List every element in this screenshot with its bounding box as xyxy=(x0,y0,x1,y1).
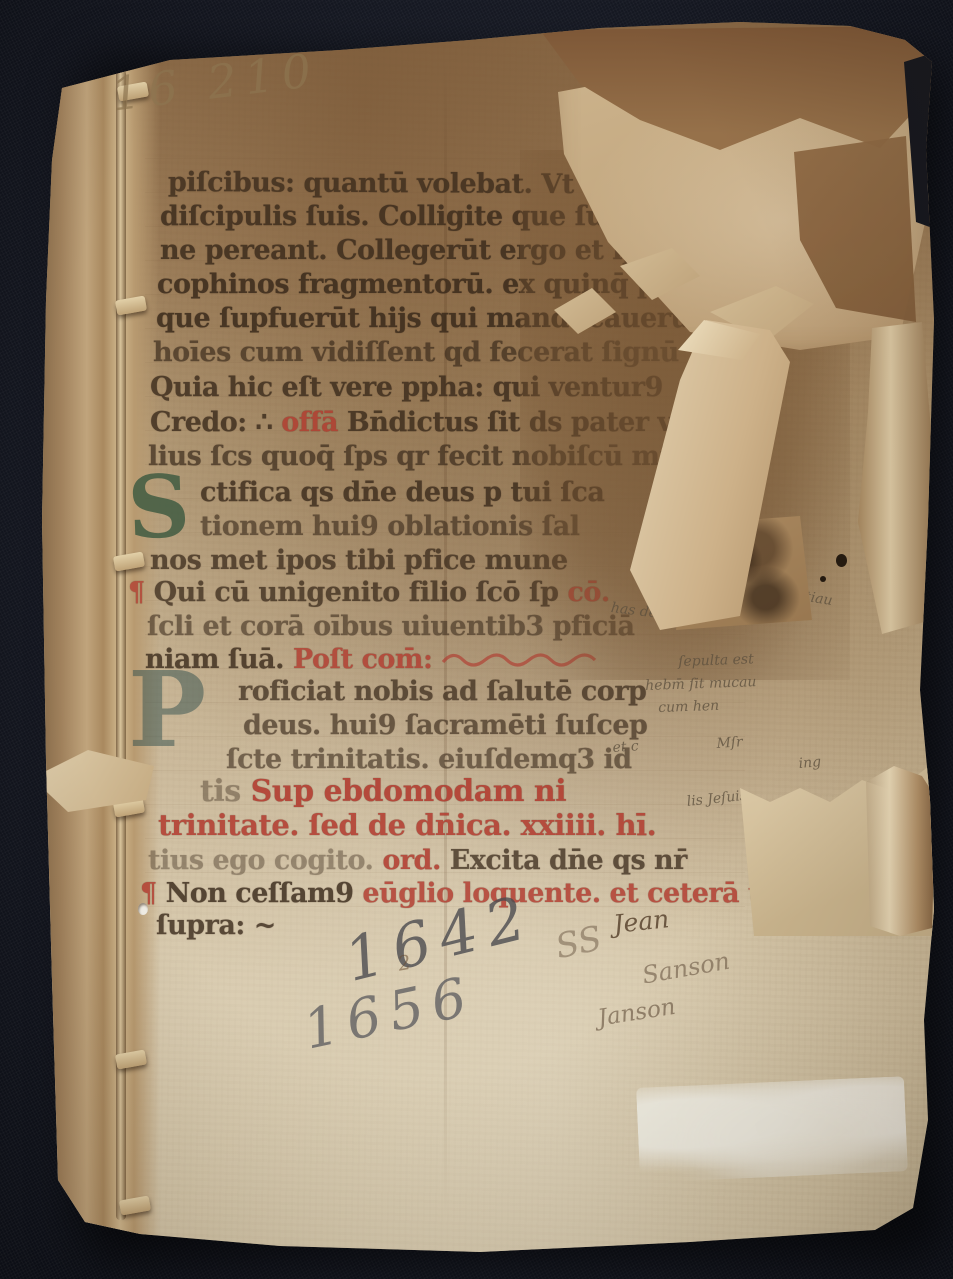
marginal-note: ſaſtiau xyxy=(785,586,833,609)
rolled-edge xyxy=(860,766,938,938)
pilcrow-mark-2: ¶ xyxy=(140,878,166,909)
text-line-13-black: Qui cū unigenito filio ſcō ſp xyxy=(154,577,568,608)
sewing-support xyxy=(113,798,145,818)
ink-flourish: SS xyxy=(552,918,605,967)
text-line-8-black: Credo: ∴ xyxy=(150,407,281,438)
book-spine xyxy=(42,50,160,1240)
text-line-2: diſcipulis ſuis. Colligite que ſupauerūt xyxy=(160,201,721,232)
secreta-rubric: Secr̄ xyxy=(666,430,731,464)
text-line-6: hoīes cum vidiſſent qd fecerat ſignū xyxy=(153,337,679,368)
text-line-4: cophinos fragmentorū. ex quinq̄ pani xyxy=(157,269,701,300)
signature-janson: Janson xyxy=(596,994,677,1032)
torn-fragment-right xyxy=(788,132,938,332)
manuscript-photo: 16 210 piſcibus: quantū volebat. Vt aūt … xyxy=(0,0,953,1279)
text-line-1: piſcibus: quantū volebat. Vt aūt ſat xyxy=(168,167,680,201)
post-communion-rubric: Poſt com̄: xyxy=(293,644,441,675)
signature-jean: Jean xyxy=(612,904,671,939)
pilcrow-mark: ¶ xyxy=(128,577,145,608)
rubric-trinitate: trinitate. ſed de dn̄ica. xxiiii. hī. xyxy=(158,808,656,842)
shelfmark-inscription: 16 210 xyxy=(108,43,322,122)
text-line-21: tius ego cogito. ord. Excita dn̄e qs nr̄ xyxy=(148,845,687,876)
marginal-note: hebm̄ ſit mucau xyxy=(645,674,757,694)
text-line-22-red: eūglio loquente. et ceterā ut xyxy=(362,878,779,909)
sewing-support xyxy=(115,296,147,316)
right-edge-curl xyxy=(852,322,938,642)
text-line-5: que ſupfuerūt hijs qui manducauerūt xyxy=(156,303,702,334)
signature-sanson: Sanson xyxy=(640,947,732,990)
parchment-flake xyxy=(706,282,816,346)
marginal-note: lis Jeſuis xyxy=(686,788,748,810)
text-line-12: nos met ipos tibi pfice mune xyxy=(150,545,568,576)
red-flourish xyxy=(441,652,611,670)
text-line-9: lius ſcs quoq̄ ſps qr fecit nobiſcū miſc xyxy=(148,441,696,472)
book-cover: 16 210 piſcibus: quantū volebat. Vt aūt … xyxy=(0,0,953,1279)
rubric-ord: ord. xyxy=(382,845,449,876)
lower-right-curl xyxy=(738,760,938,940)
text-line-23: ſupra: ~ xyxy=(156,910,276,941)
background-gap xyxy=(898,52,938,232)
text-line-19: tis Sup ebdomodam ni xyxy=(200,774,566,809)
text-line-21-black: Excita dn̄e qs nr̄ xyxy=(450,845,687,876)
marginal-note: cum hen xyxy=(658,698,719,716)
sewing-support xyxy=(119,1196,151,1216)
text-line-7: Quia hic eſt vere ppha: qui ventur9 xyxy=(150,372,663,403)
offertory-rubric: offā xyxy=(281,407,347,438)
faded-initial-p: P xyxy=(128,648,206,771)
text-line-11: tionem hui9 oblationis ſal xyxy=(200,511,579,542)
text-line-13-red: cō. xyxy=(567,577,609,608)
spine-ridge xyxy=(116,70,126,1220)
text-line-19-faint: tis xyxy=(200,774,251,809)
text-line-15: niam ſuā. Poſt com̄: xyxy=(145,644,611,675)
torn-fragment-top xyxy=(536,22,936,162)
text-line-21-faint: tius ego cogito. xyxy=(148,845,382,876)
marginal-note: ſepulta est xyxy=(678,651,754,670)
green-initial-s: S xyxy=(126,456,192,559)
text-line-10: ctifica qs dn̄e deus p tui ſca xyxy=(200,477,604,508)
text-line-22-black: Non ceſſam9 xyxy=(166,878,363,909)
marginal-note: ing xyxy=(798,754,822,772)
white-abrasion-patch xyxy=(636,1076,908,1183)
text-line-17: deus. hui9 ſacramēti ſuſcep xyxy=(243,710,647,741)
dark-hole xyxy=(836,554,847,567)
marginal-note: Mſr xyxy=(716,734,743,752)
rubric-sup-ebdomodam: Sup ebdomodam ni xyxy=(251,774,567,809)
marginal-note: et c xyxy=(612,738,639,756)
sewing-support xyxy=(115,1050,147,1070)
text-line-3: ne pereant. Collegerūt ergo et ipleuer xyxy=(160,235,716,266)
dark-hole xyxy=(820,576,826,582)
text-line-18: ſcte trinitatis. eiuſdemq3 id xyxy=(226,744,632,775)
text-line-8: Credo: ∴ offā Bn̄dictus ſit ds pater vni… xyxy=(150,407,737,438)
dark-underflap-fragment xyxy=(672,512,814,634)
text-line-14: ſcli et corā oībus uiuentib3 pficiā xyxy=(147,611,635,642)
text-line-13: ¶ Qui cū unigenito filio ſcō ſp cō. xyxy=(128,577,610,608)
text-line-16: roficiat nobis ad ſalutē corp xyxy=(238,676,646,707)
